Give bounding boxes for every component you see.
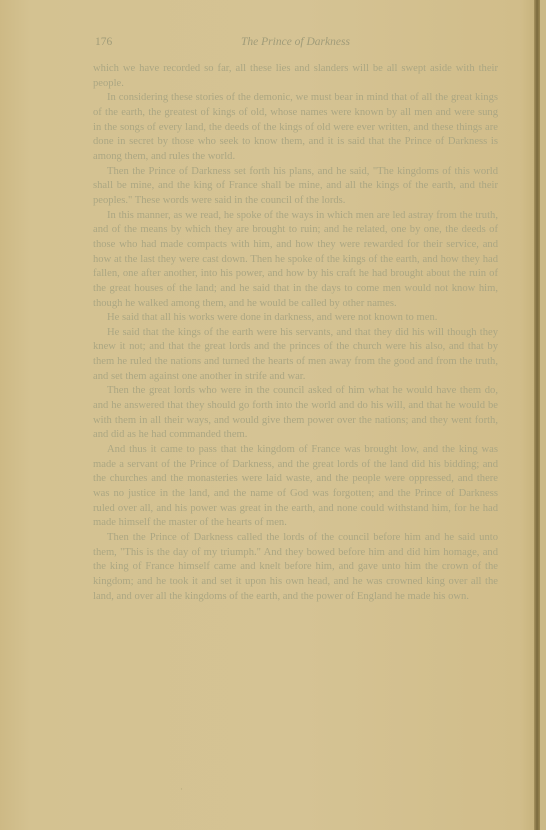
- paragraph: In considering these stories of the demo…: [93, 91, 498, 164]
- paragraph: Then the Prince of Darkness set forth hi…: [93, 165, 498, 209]
- paragraph: Then the Prince of Darkness called the l…: [93, 531, 498, 604]
- running-title: The Prince of Darkness: [93, 36, 498, 48]
- running-header: 176 The Prince of Darkness: [93, 36, 498, 56]
- book-gutter-shadow: [534, 0, 540, 830]
- book-page: 176 The Prince of Darkness which we have…: [93, 36, 498, 604]
- paragraph: He said that all his works were done in …: [93, 311, 498, 326]
- paragraph: He said that the kings of the earth were…: [93, 326, 498, 385]
- paragraph: In this manner, as we read, he spoke of …: [93, 209, 498, 312]
- paragraph: Then the great lords who were in the cou…: [93, 384, 498, 443]
- signature-mark: ·: [180, 784, 183, 794]
- page-outer-edge: [540, 0, 546, 830]
- paragraph: which we have recorded so far, all these…: [93, 62, 498, 91]
- paragraph: And thus it came to pass that the kingdo…: [93, 443, 498, 531]
- body-text: which we have recorded so far, all these…: [93, 62, 498, 604]
